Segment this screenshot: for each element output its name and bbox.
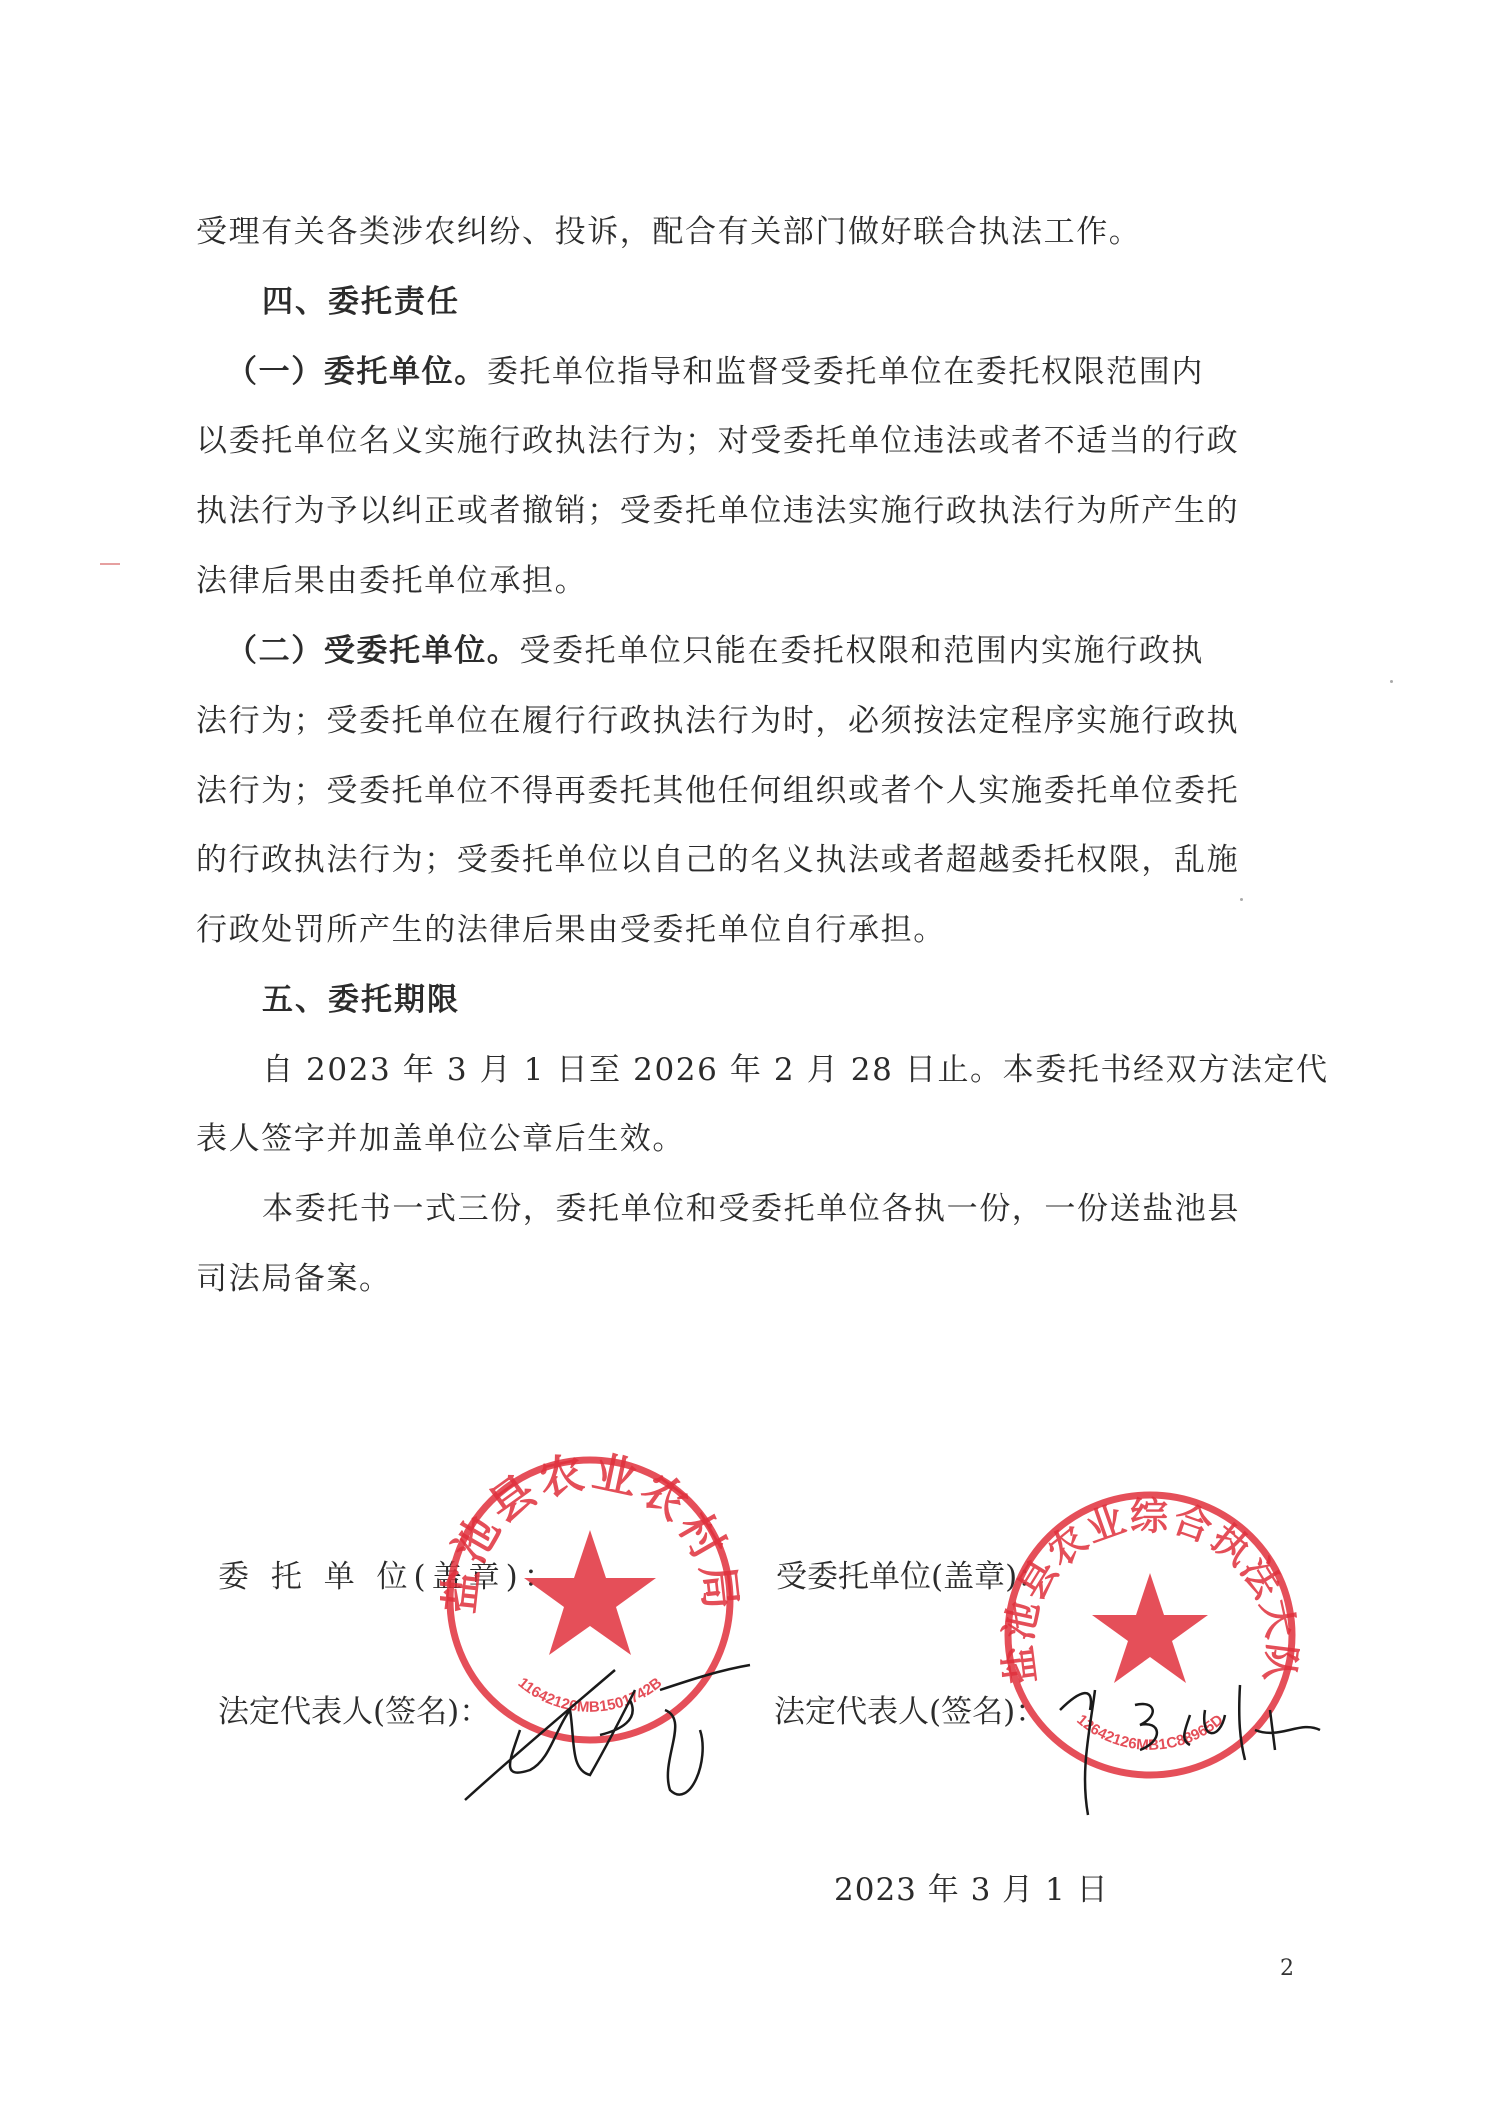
- page-number: 2: [1280, 1956, 1294, 1981]
- paragraph-line: 行政处罚所产生的法律后果由受委托单位自行承担。: [196, 910, 1306, 950]
- paragraph-text: 委托单位指导和监督受委托单位在委托权限范围内: [487, 354, 1204, 390]
- signature-left-icon: [460, 1660, 760, 1810]
- scan-speck: [1390, 680, 1393, 683]
- paragraph-line: 受理有关各类涉农纠纷、投诉，配合有关部门做好联合执法工作。: [196, 212, 1306, 252]
- paragraph-line: 执法行为予以纠正或者撤销；受委托单位违法实施行政执法行为所产生的: [196, 491, 1306, 531]
- document-page: 受理有关各类涉农纠纷、投诉，配合有关部门做好联合执法工作。 四、委托责任 （一）…: [0, 0, 1488, 2104]
- paragraph-line: （一）委托单位。委托单位指导和监督受委托单位在委托权限范围内: [226, 352, 1336, 392]
- signature-right-icon: [1040, 1670, 1340, 1820]
- section-heading-5: 五、委托期限: [262, 980, 1372, 1020]
- paragraph-line: 表人签字并加盖单位公章后生效。: [196, 1119, 1306, 1159]
- scan-speck: [1240, 898, 1243, 901]
- paragraph-line: 法行为；受委托单位不得再委托其他任何组织或者个人实施委托单位委托: [196, 771, 1306, 811]
- paragraph-line: 本委托书一式三份，委托单位和受委托单位各执一份，一份送盐池县: [262, 1189, 1372, 1229]
- paragraph-line: 法律后果由委托单位承担。: [196, 561, 1306, 601]
- subsection-title: （一）委托单位。: [226, 354, 487, 390]
- paragraph-line: 司法局备案。: [196, 1259, 1306, 1299]
- section-heading-4: 四、委托责任: [262, 282, 1372, 322]
- paragraph-text: 受委托单位只能在委托权限和范围内实施行政执: [519, 633, 1204, 669]
- paragraph-line: 以委托单位名义实施行政执法行为；对受委托单位违法或者不适当的行政: [196, 421, 1306, 461]
- paragraph-line: 的行政执法行为；受委托单位以自己的名义执法或者超越委托权限，乱施: [196, 840, 1306, 880]
- subsection-title: （二）受委托单位。: [226, 633, 519, 669]
- paragraph-line: （二）受委托单位。受委托单位只能在委托权限和范围内实施行政执: [226, 631, 1336, 671]
- paragraph-line: 法行为；受委托单位在履行行政执法行为时，必须按法定程序实施行政执: [196, 701, 1306, 741]
- document-date: 2023 年 3 月 1 日: [834, 1870, 1109, 1910]
- paragraph-line: 自 2023 年 3 月 1 日至 2026 年 2 月 28 日止。本委托书经…: [262, 1050, 1306, 1090]
- scan-mark: [100, 563, 120, 565]
